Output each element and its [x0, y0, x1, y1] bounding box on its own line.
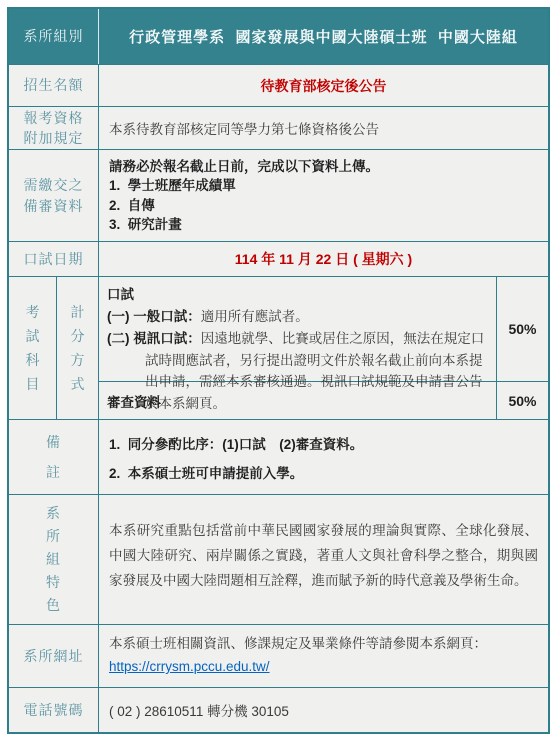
features-label: 系 所 組 特 色 — [9, 495, 99, 624]
website-label: 系所網址 — [9, 625, 99, 687]
documents-item: 3. 研究計畫 — [109, 215, 538, 234]
exam-scoring-label: 計 分 方 式 — [57, 277, 99, 419]
documents-label: 需繳交之 備審資料 — [9, 150, 99, 241]
oral-exam-title: 口試 — [107, 284, 488, 306]
oral-date-label: 口試日期 — [9, 242, 99, 276]
quota-label: 招生名額 — [9, 65, 99, 106]
remarks-label: 備 註 — [9, 420, 99, 494]
documents-heading: 請務必於報名截止日前，完成以下資料上傳。 — [109, 157, 538, 176]
documents-content: 請務必於報名截止日前，完成以下資料上傳。 1. 學士班歷年成績單 2. 自傳 3… — [99, 150, 548, 241]
features-value: 本系研究重點包括當前中華民國國家發展的理論與實際、全球化發展、中國大陸研究、兩岸… — [99, 495, 548, 624]
row-eligibility: 報考資格 附加規定 本系待教育部核定同等學力第七條資格後公告 — [9, 106, 548, 149]
department-label: 系所組別 — [9, 9, 99, 64]
exam-subject-label: 考 試 科 目 — [9, 277, 57, 419]
review-material-score: 50% — [496, 382, 548, 419]
quota-value: 待教育部核定後公告 — [99, 65, 548, 106]
documents-item: 2. 自傳 — [109, 196, 538, 215]
website-note: 本系碩士班相關資訊、修課規定及畢業條件等請參閱本系網頁： — [109, 633, 538, 656]
remarks-item: 1. 同分參酌比序：(1)口試 (2)審查資料。 — [109, 433, 538, 453]
oral-item-text: 適用所有應試者。 — [201, 309, 309, 324]
oral-exam-cell: 口試 (一) 一般口試：適用所有應試者。 (二) 視訊口試：因遠地就學、比賽或居… — [99, 277, 496, 382]
website-link-line: https://crrysm.pccu.edu.tw/ — [109, 656, 538, 679]
website-link[interactable]: https://crrysm.pccu.edu.tw/ — [109, 659, 270, 674]
row-documents: 需繳交之 備審資料 請務必於報名截止日前，完成以下資料上傳。 1. 學士班歷年成… — [9, 149, 548, 241]
phone-value: ( 02 ) 28610511 轉分機 30105 — [99, 688, 548, 732]
oral-date-value: 114 年 11 月 22 日 ( 星期六 ) — [99, 242, 548, 276]
phone-label: 電話號碼 — [9, 688, 99, 732]
row-quota: 招生名額 待教育部核定後公告 — [9, 64, 548, 106]
remarks-item: 2. 本系碩士班可申請提前入學。 — [109, 462, 538, 482]
eligibility-label: 報考資格 附加規定 — [9, 107, 99, 149]
oral-exam-item: (一) 一般口試：適用所有應試者。 — [107, 306, 488, 328]
oral-exam-score: 50% — [496, 277, 548, 382]
website-content: 本系碩士班相關資訊、修課規定及畢業條件等請參閱本系網頁： https://crr… — [99, 625, 548, 687]
row-exam-section: 考 試 科 目 計 分 方 式 口試 (一) 一般口試：適用所有應試者。 (二)… — [9, 276, 548, 419]
review-material-cell: 審查資料 — [99, 382, 496, 419]
row-phone: 電話號碼 ( 02 ) 28610511 轉分機 30105 — [9, 687, 548, 732]
oral-item-label: (一) 一般口試： — [107, 309, 201, 324]
row-oral-date: 口試日期 114 年 11 月 22 日 ( 星期六 ) — [9, 241, 548, 276]
eligibility-value: 本系待教育部核定同等學力第七條資格後公告 — [99, 107, 548, 149]
documents-item: 1. 學士班歷年成績單 — [109, 176, 538, 195]
oral-item-label: (二) 視訊口試： — [107, 331, 201, 346]
department-value: 行政管理學系 國家發展與中國大陸碩士班 中國大陸組 — [99, 9, 548, 64]
row-remarks: 備 註 1. 同分參酌比序：(1)口試 (2)審查資料。 2. 本系碩士班可申請… — [9, 419, 548, 494]
row-features: 系 所 組 特 色 本系研究重點包括當前中華民國國家發展的理論與實際、全球化發展… — [9, 494, 548, 624]
remarks-content: 1. 同分參酌比序：(1)口試 (2)審查資料。 2. 本系碩士班可申請提前入學… — [99, 420, 548, 494]
admission-info-table: 系所組別 行政管理學系 國家發展與中國大陸碩士班 中國大陸組 招生名額 待教育部… — [7, 7, 550, 734]
row-department: 系所組別 行政管理學系 國家發展與中國大陸碩士班 中國大陸組 — [9, 9, 548, 64]
row-website: 系所網址 本系碩士班相關資訊、修課規定及畢業條件等請參閱本系網頁： https:… — [9, 624, 548, 687]
